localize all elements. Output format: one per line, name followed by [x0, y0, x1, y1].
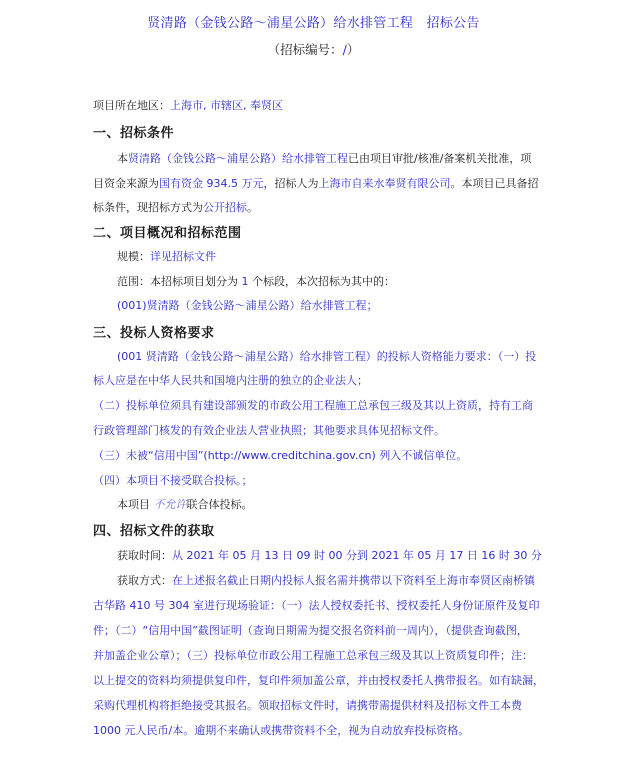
fund-source: 国有资金 934.5 万元: [159, 177, 263, 190]
acquire-method-line-3: 件；（二）“信用中国”截图证明（查询日期需为提交报名资料前一周内），（提供查询截…: [93, 624, 528, 638]
time-value: 从 2021 年 05 月 13 日 09 时 00 分到 2021 年 05 …: [172, 549, 542, 562]
acquire-method-line-5: 以上提交的资料均须提供复印件，复印件须加盖公章，并由授权委托人携带报名。如有缺漏…: [93, 674, 544, 688]
acquire-method-line-4: 并加盖企业公章）；（三）投标单位市政公用工程施工总承包三级及其以上资质复印件；注…: [93, 649, 533, 663]
qualification-line-4: 行政管理部门核发的有效企业法人营业执照；其他要求具体见招标文件。: [93, 424, 445, 438]
text: 已由项目审批/核准/备案机关批准，项: [348, 152, 531, 165]
text: 联合体投标。: [187, 498, 253, 511]
tender-method: 公开招标: [203, 201, 247, 214]
section1-line-2: 目资金来源为国有资金 934.5 万元，招标人为上海市自来水奉贤有限公司。本项目…: [93, 177, 538, 191]
project-name: 贤清路（金钱公路～浦星公路）给水排管工程: [128, 152, 348, 165]
qualification-line-3: （二）投标单位须具有建设部颁发的市政公用工程施工总承包三级及其以上资质，持有工商: [93, 399, 533, 413]
bid-number-prefix: （招标编号：: [268, 42, 343, 57]
text: 个标段，本次招标为其中的：: [249, 275, 396, 288]
tenderer-name: 上海市自来水奉贤有限公司: [318, 177, 450, 190]
section-heading-4: 四、招标文件的获取: [93, 520, 215, 539]
section-heading-3: 三、投标人资格要求: [93, 322, 215, 341]
section-heading-1: 一、招标条件: [93, 122, 174, 141]
text: 。本项目已具备招: [450, 177, 538, 190]
bid-number-suffix: ）: [347, 42, 360, 57]
text: 目资金来源为: [93, 177, 159, 190]
lot-count: 1: [242, 275, 249, 288]
acquire-method-line-7: 1000 元人民币/本。逾期不来确认或携带资料不全，视为自动放弃投标资格。: [93, 724, 469, 738]
project-location: 项目所在地区：上海市, 市辖区, 奉贤区: [93, 99, 283, 113]
scale-label: 规模：: [117, 250, 150, 263]
scale-line: 规模：详见招标文件: [117, 250, 216, 264]
lot-line: (001)贤清路（金钱公路～浦星公路）给水排管工程；: [117, 299, 378, 313]
text: 本项目: [117, 498, 154, 511]
method-text: 在上述报名截止日期内投标人报名需并携带以下资料至上海市奉贤区南桥镇: [172, 574, 535, 587]
bid-number: （招标编号：/）: [0, 40, 627, 58]
location-label: 项目所在地区：: [93, 99, 170, 112]
acquire-time-line: 获取时间：从 2021 年 05 月 13 日 09 时 00 分到 2021 …: [117, 549, 542, 563]
qualification-line-1: (001 贤清路（金钱公路～浦星公路）给水排管工程）的投标人资格能力要求：（一）…: [117, 350, 536, 364]
consortium-value: 不允许: [154, 498, 187, 511]
text: 本: [117, 152, 128, 165]
qualification-line-2: 标人应是在中华人民共和国境内注册的独立的企业法人；: [93, 374, 368, 388]
text: 标条件，现招标方式为: [93, 201, 203, 214]
scale-value: 详见招标文件: [150, 250, 216, 263]
method-label: 获取方式：: [117, 574, 172, 587]
document-title: 贤清路（金钱公路～浦星公路）给水排管工程 招标公告: [0, 12, 627, 31]
section1-line-1: 本贤清路（金钱公路～浦星公路）给水排管工程已由项目审批/核准/备案机关批准，项: [117, 152, 531, 166]
qualification-line-5: （三）未被“信用中国”(http://www.creditchina.gov.c…: [93, 449, 467, 463]
text: ，招标人为: [263, 177, 318, 190]
range-line: 范围：本招标项目划分为 1 个标段，本次招标为其中的：: [117, 275, 395, 289]
section-heading-2: 二、项目概况和招标范围: [93, 222, 242, 241]
location-value: 上海市, 市辖区, 奉贤区: [170, 99, 283, 112]
text: 。: [247, 201, 258, 214]
time-label: 获取时间：: [117, 549, 172, 562]
consortium-line: 本项目 不允许联合体投标。: [117, 498, 253, 512]
acquire-method-line-2: 古华路 410 号 304 室进行现场验证：（一）法人授权委托书、授权委托人身份…: [93, 599, 539, 613]
qualification-line-6: （四）本项目不接受联合投标。；: [93, 474, 253, 488]
section1-line-3: 标条件，现招标方式为公开招标。: [93, 201, 258, 215]
acquire-method-line-6: 采购代理机构将拒绝接受其报名。领取招标文件时，请携带需提供材料及招标文件工本费: [93, 699, 522, 713]
acquire-method-line-1: 获取方式：在上述报名截止日期内投标人报名需并携带以下资料至上海市奉贤区南桥镇: [117, 574, 535, 588]
text: 范围：本招标项目划分为: [117, 275, 242, 288]
